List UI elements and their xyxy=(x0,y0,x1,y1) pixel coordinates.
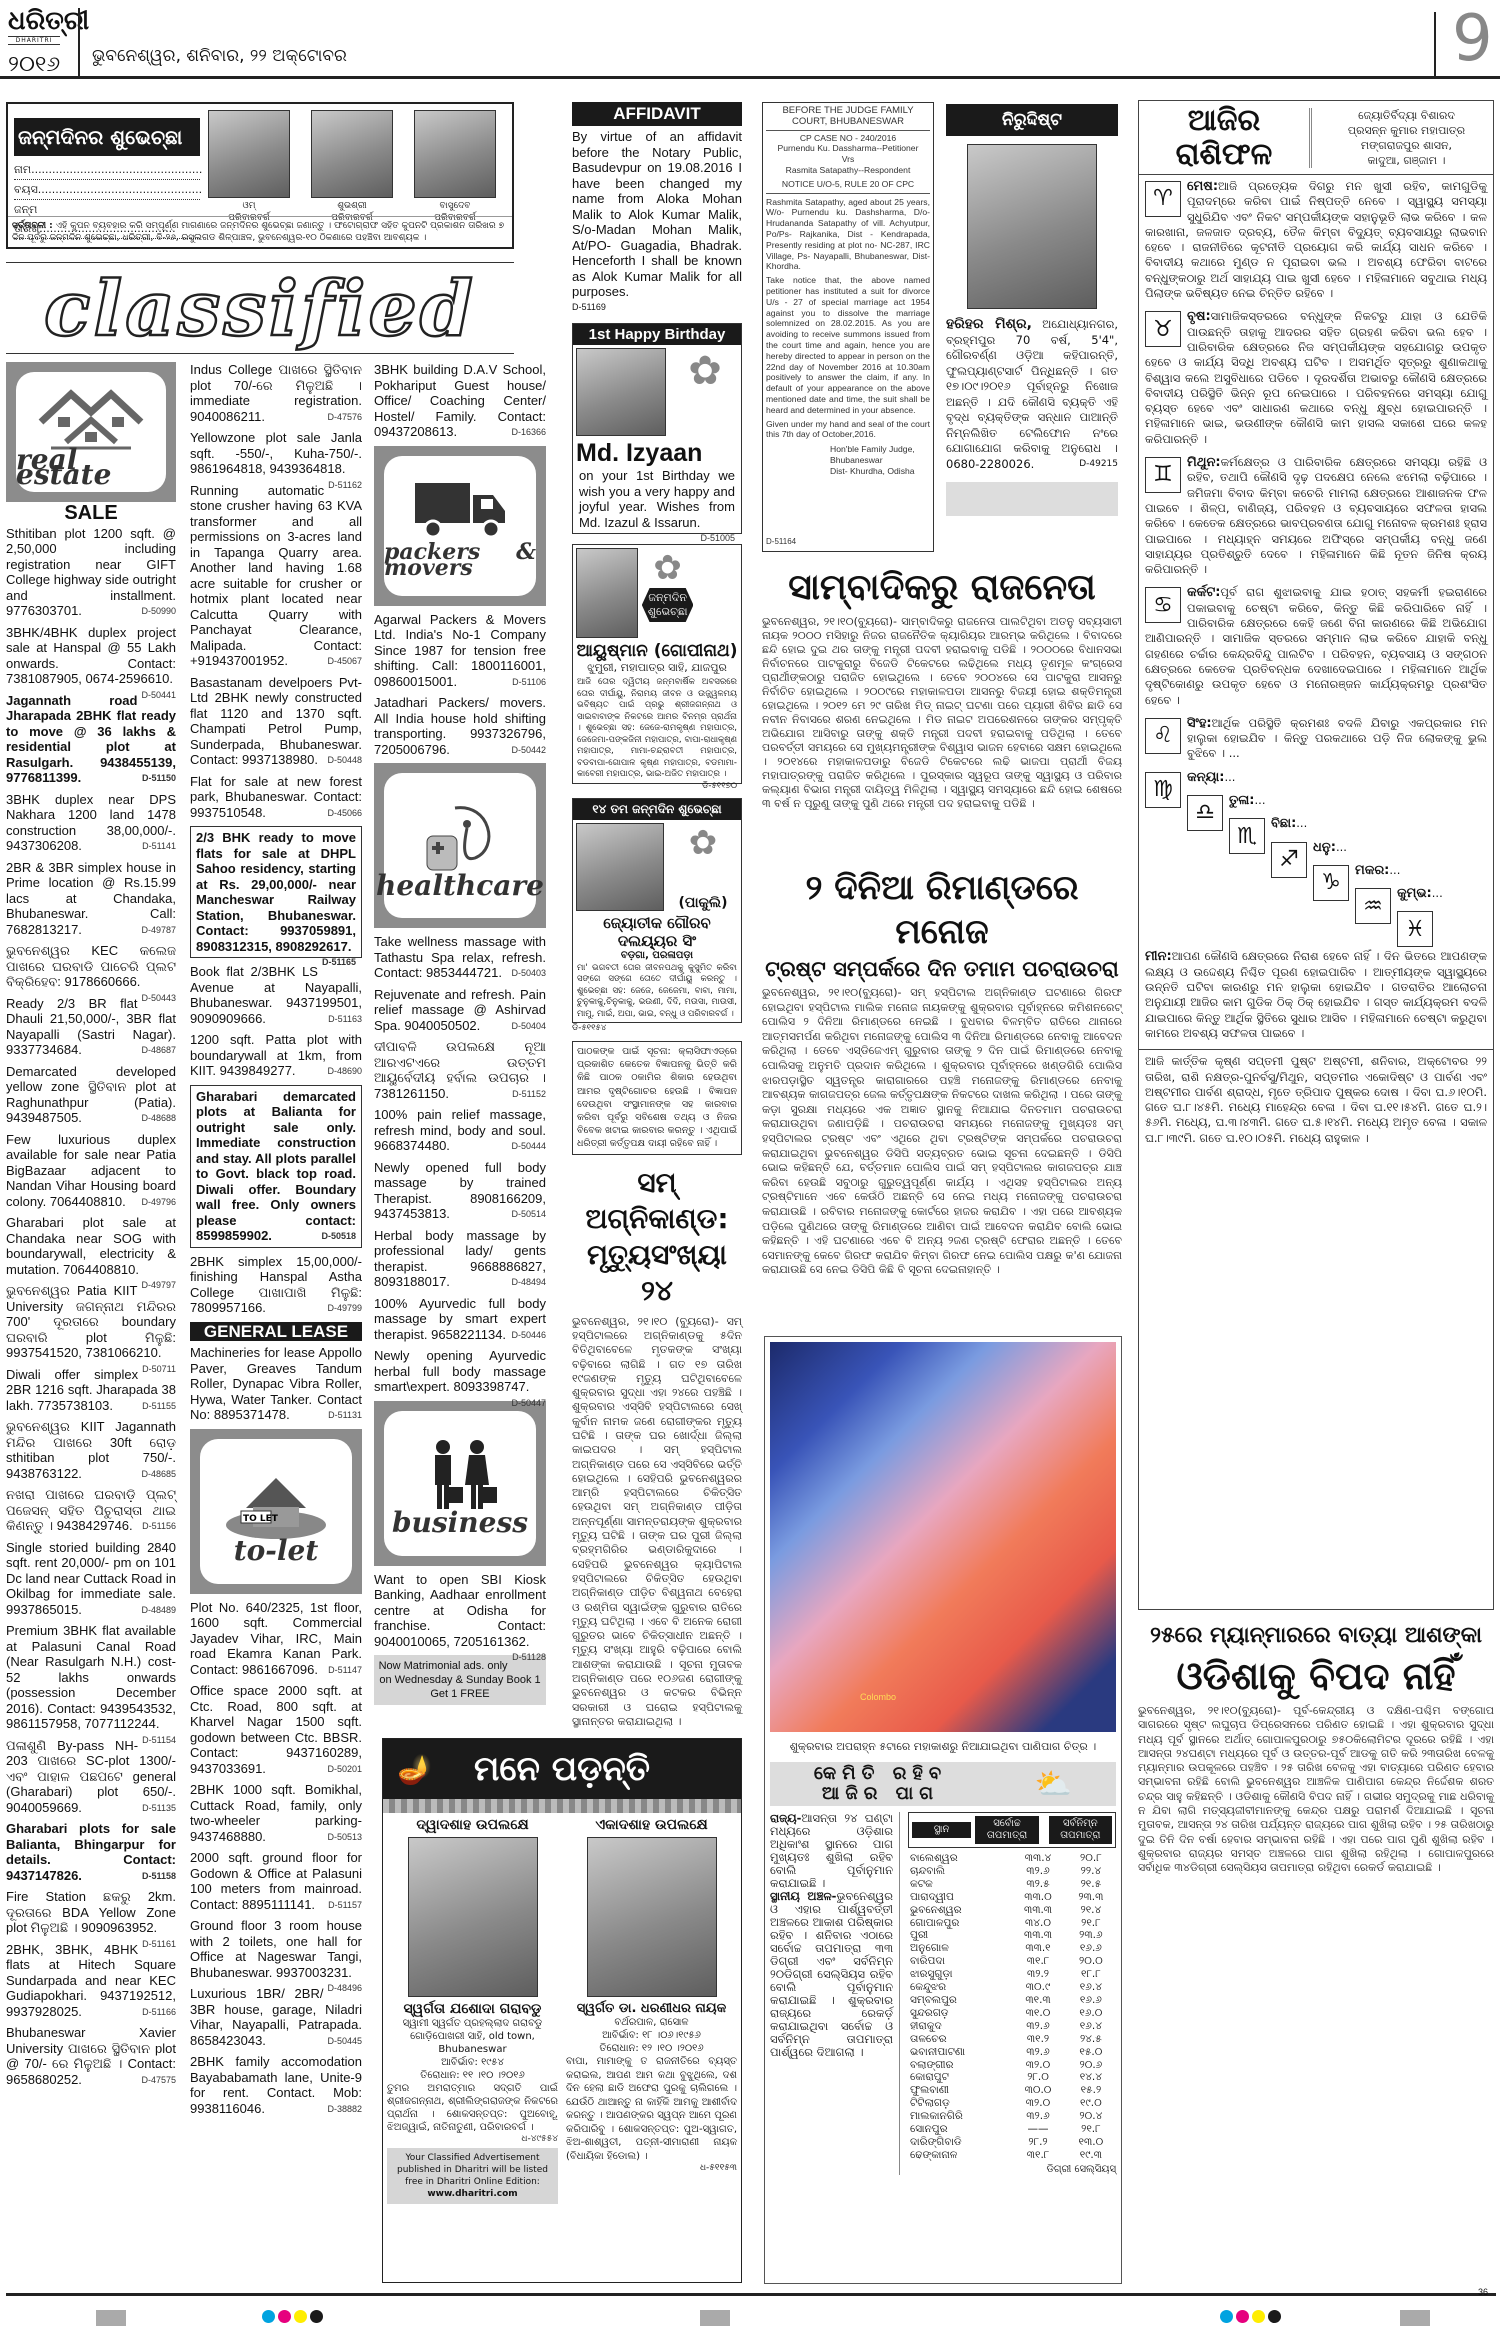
ad-code: D-50201 xyxy=(327,1761,362,1777)
business-label: business xyxy=(392,1515,528,1531)
ad-code: D-51163 xyxy=(328,1011,362,1027)
min-temp: ୨୪.୫ xyxy=(1066,2033,1116,2046)
ad-code: D-51141 xyxy=(142,838,176,854)
notice-para: Take notice that, the above named petiti… xyxy=(766,275,930,415)
ad-code: D-48494 xyxy=(511,1274,546,1290)
ad-code: D-51169 xyxy=(572,300,742,316)
ad-code: D-48690 xyxy=(327,1063,362,1079)
occasion: ଏକାଦଶାହ ଉପଲକ୍ଷେ xyxy=(566,1817,737,1833)
story-headline: ୨ ଦିନିଆ ରିମାଣ୍ଡରେ ମନୋଜ xyxy=(762,866,1122,954)
memorial-banner: 🪔 ମନେ ପଡ଼ନ୍ତି xyxy=(383,1739,741,1799)
classified-column-2: Indus College ପାଖରେ ସ୍ଥିତିବାନ plot 70/-ର… xyxy=(190,362,362,2122)
classified-ad: 2BHK 1000 sqft. Bomikhal, Cuttack Road, … xyxy=(190,1782,362,1844)
ad-text: Want to open SBI Kiosk Banking, Aadhaar … xyxy=(374,1572,546,1649)
zodiac-prediction: ... xyxy=(1336,840,1347,854)
cmyk-registration-marks xyxy=(1220,2310,1281,2323)
story-body: ଭୁବନେଶ୍ୱର, ୨୧।୧୦(ବ୍ୟୁରୋ)- ସମ୍ ହସ୍ପିଟାଲ ଅ… xyxy=(762,986,1122,1278)
max-temp: ୩୨.୦ xyxy=(1010,2059,1065,2072)
registration-dot xyxy=(278,2310,291,2323)
birthday-message: ଆଜି ତୋର ଦ୍ୱିତୀୟ ଜନ୍ମବାର୍ଷିକ ଅବସରରେ ତୋର ଦ… xyxy=(573,675,741,783)
classified-ad: Fire Station ଛକରୁ 2km. ଦୂରତାରେ BDA Yello… xyxy=(6,1889,176,1936)
ad-text: Yellowzone plot sale Janla sqft. -550/-,… xyxy=(190,430,362,476)
min-temp: ୧୩.୦ xyxy=(1066,2136,1116,2149)
memorial-message: ତୁମର ଅମରାତ୍ମାର ସଦ୍‌ଗତି ପାଇଁ ଶ୍ରୀଜଗନ୍ନାଥ,… xyxy=(387,2082,558,2134)
ad-text: Running automatic stone crusher having 6… xyxy=(190,483,362,669)
unit-note: ଡିଗ୍ରୀ ସେଲ୍‌ସିୟସ୍ xyxy=(908,2164,1116,2175)
registration-dot xyxy=(310,2310,323,2323)
min-temp: ୨୧.୪ xyxy=(1066,1904,1116,1917)
ad-code: D-51165 xyxy=(322,954,356,970)
min-temp: ୧୮.୮ xyxy=(1066,1968,1116,1981)
ad-code: D-50443 xyxy=(141,990,176,1006)
place-name: ବାଲେଶ୍ୱର xyxy=(908,1852,1010,1865)
ad-code: D-50446 xyxy=(511,1327,546,1343)
classified-ad: Ground floor 3 room house with 2 toilets… xyxy=(190,1918,362,1980)
dateline: ଭୁବନେଶ୍ୱର, ଶନିବାର, ୨୨ ଅକ୍ଟୋବର xyxy=(92,46,347,66)
child-name: ଆୟୁଷ୍ମାନ (ଗୋପୀନାଥ) xyxy=(573,641,741,661)
temperature-row: ସୁନ୍ଦରଗଡ଼୩୧.୦୧୬.୦ xyxy=(908,2007,1116,2020)
zodiac-name: ମିଥୁନ: xyxy=(1187,455,1221,470)
ad-code: D-50990 xyxy=(141,603,176,619)
missing-name: ହରିହର ମିଶ୍ର, xyxy=(946,316,1032,332)
baby-photo xyxy=(576,348,666,436)
registration-grey-mark xyxy=(96,2310,126,2326)
first-birthday-media: ✿ xyxy=(573,345,741,439)
to-let-ads-list: Plot No. 640/2325, 1st floor, 1600 sqft.… xyxy=(190,1600,362,2117)
place-name: ବଲାଙ୍ଗୀର xyxy=(908,2059,1010,2072)
temperature-row: ଢେଙ୍କାନାଳ୩୧.୮୧୯.୩ xyxy=(908,2149,1116,2162)
col-header-max: ସର୍ବୋଚ୍ଚ ତାପମାତ୍ରା xyxy=(975,1816,1038,1844)
classified-ad: Gharabari demarcated plots at Balianta f… xyxy=(190,1085,362,1248)
min-temp: ୨୩.୬ xyxy=(1066,1929,1116,1942)
zodiac-sign-icon: ♏ xyxy=(1229,818,1265,854)
classified-ad: Bhubaneswar Xavier University ପାଖରେ ସ୍ଥି… xyxy=(6,2025,176,2087)
packers-ads-list: Agarwal Packers & Movers Ltd. India's No… xyxy=(374,612,546,758)
temperature-row: ତାଳଚେର୩୧.୨୨୪.୫ xyxy=(908,2033,1116,2046)
deceased-photo xyxy=(408,1837,538,1997)
healthcare-label: healthcare xyxy=(376,878,544,894)
ad-code: D-51166 xyxy=(142,2004,176,2020)
classified-ad: Demarcated developed yellow zone ସ୍ଥିତିବ… xyxy=(6,1064,176,1126)
versus: Vrs xyxy=(766,154,930,165)
classified-ad: Book flat 2/3BHK LS Avenue at Nayapalli,… xyxy=(190,964,362,1026)
birthday-photo-3 xyxy=(414,110,496,198)
ad-code: D-51155 xyxy=(142,1398,176,1414)
zodiac-entry: ♐ଧନୁ:... xyxy=(1139,836,1493,859)
weather-summary: ରାଜ୍ୟ-ଆସନ୍ତା ୨୪ ଘଣ୍ଟା ମଧ୍ୟରେ ଓଡ଼ିଶାର ଅଧି… xyxy=(770,1812,900,2175)
memorial-left: ଦ୍ୱାଦଶାହ ଉପଲକ୍ଷେ ସ୍ୱର୍ଗତା ଯଶୋଦା ଗରାବଡୁ ସ… xyxy=(383,1813,562,2208)
sale-heading: SALE xyxy=(6,506,176,522)
court-heading: BEFORE THE JUDGE FAMILY COURT, BHUBANESW… xyxy=(766,106,930,131)
classified-ad: Office space 2000 sqft. at Ctc. Road, 80… xyxy=(190,1683,362,1776)
lease-ads-list: Machineries for lease Appollo Paver, Gre… xyxy=(190,1345,362,1423)
ad-text: Gharabari demarcated plots at Balianta f… xyxy=(196,1089,356,1244)
detail-line: ଆବିର୍ଭାବ: ୧୯୫୪ xyxy=(387,2056,558,2069)
forecast-label: ରାଜ୍ୟ- xyxy=(770,1811,801,1825)
judge-signature: Hon'ble Family Judge, Bhubaneswar Dist- … xyxy=(830,444,930,476)
registration-dot xyxy=(1252,2310,1265,2323)
ad-code: ଡି-୫୧୧୫୪ xyxy=(572,1023,742,1033)
max-temp: ୩୨.୬ xyxy=(1010,2110,1065,2123)
temperature-row: ଅନୁଗୋଳ୩୩.୧୧୬.୬ xyxy=(908,1942,1116,1955)
logo-name: ଧରିତ୍ରୀ xyxy=(8,6,76,36)
child-address: ବଡ଼ଗା, ପରଳାପଡ଼ା xyxy=(573,950,741,961)
max-temp: ୩୨.୫ xyxy=(1010,1878,1065,1891)
coupon-field-name: ନାମ.....................................… xyxy=(14,160,200,180)
max-temp: ୨୮.୦ xyxy=(1010,2071,1065,2084)
newspaper-logo: ଧରିତ୍ରୀ DHARITRI ୨୦୧୬ xyxy=(8,6,76,79)
temperature-row: କେନ୍ଦୁଝର୩୦.୯୧୬.୪ xyxy=(908,1981,1116,1994)
deceased-name: ସ୍ୱର୍ଗତ ଡା. ଧରଣୀଧର ନାୟକ xyxy=(566,2001,737,2016)
ad-code: D-49787 xyxy=(141,922,176,938)
classified-ad: Rejuvenate and refresh. Pain relief mass… xyxy=(374,987,546,1034)
stethoscope-icon xyxy=(405,798,515,878)
petitioner: Purnendu Ku. Dassharma--Petitioner xyxy=(766,143,930,154)
zodiac-prediction: ... xyxy=(1432,886,1443,900)
place-name: ଫୁଲବାଣୀ xyxy=(908,2084,1010,2097)
ad-text: 3BHK/4BHK duplex project sale at Hanspal… xyxy=(6,625,176,687)
min-temp: ୨୨.୪ xyxy=(1066,1865,1116,1878)
classified-ad: Herbal body massage by professional lady… xyxy=(374,1228,546,1290)
message-text: ଆଜି ତୋର ଦ୍ୱିତୀୟ ଜନ୍ମବାର୍ଷିକ ଅବସରରେ ତୋର ଦ… xyxy=(577,677,737,779)
ad-code: D-50445 xyxy=(327,2033,362,2049)
birthday-child-name: Md. Izyaan xyxy=(573,439,741,468)
temperature-row: ଝାରସୁଗୁଡ଼ା୩୨.୨୧୮.୮ xyxy=(908,1968,1116,1981)
ad-code: D-51150 xyxy=(142,770,176,786)
temperature-row: ସୋନପୁର——୨୧.୮ xyxy=(908,2123,1116,2136)
classified-ad: Running automatic stone crusher having 6… xyxy=(190,483,362,669)
ad-code: D-51161 xyxy=(142,1936,176,1952)
birthday-photo-1 xyxy=(208,110,290,198)
classified-ad: Newly opening Ayurvedic herbal full body… xyxy=(374,1348,546,1395)
ad-code: D-49799 xyxy=(327,1300,362,1316)
story-subheadline: ଟ୍ରଷ୍ଟ ସମ୍ପର୍କରେ ଦିନ ତମାମ ପଚରାଉଚରା xyxy=(762,954,1122,984)
zodiac-sign-icon: ♍ xyxy=(1145,772,1181,808)
temperature-row: ଗୋପାଳପୁର୩୪.୦୨୧.୮ xyxy=(908,1917,1116,1930)
min-temp: ୧୯.୦ xyxy=(1066,2097,1116,2110)
zodiac-list: ♈ମେଷ:ଆଜି ପ୍ରତ୍ୟେକ ଦିଗରୁ ମନ ଖୁସୀ ରହିବ, କା… xyxy=(1139,175,1493,1045)
ad-code: D-51164 xyxy=(766,537,796,548)
ad-code: D-50448 xyxy=(327,752,362,768)
ad-code: D-16366 xyxy=(511,424,546,440)
flower-icon: ✿ xyxy=(672,348,738,436)
zodiac-entry: ♍କନ୍ୟା:... xyxy=(1139,766,1493,789)
classified-ad: 3BHK building D.A.V School, Pokhariput G… xyxy=(374,362,546,440)
horoscope-title: ଆଜିର ରାଶିଫଳ xyxy=(1139,104,1309,172)
real-estate-tile: real estate xyxy=(6,362,176,502)
temperature-row: ପାରାଦ୍ୱୀପ୩୩.୦୨୩.୩ xyxy=(908,1891,1116,1904)
temperature-row: କୋରାପୁଟ୨୮.୦୧୪.୪ xyxy=(908,2071,1116,2084)
healthcare-ads-list: Take wellness massage with Tathastu Spa … xyxy=(374,934,546,1395)
packers-movers-tile: packers & movers xyxy=(374,446,546,606)
ad-code: D-50441 xyxy=(141,687,176,703)
max-temp: ୩୧.୮ xyxy=(1010,1955,1065,1968)
ad-code: D-51128 xyxy=(512,1649,546,1665)
place-name: ଗୋପାଳପୁର xyxy=(908,1917,1010,1930)
zodiac-entry: ♊ମିଥୁନ:କର୍ମକ୍ଷେତ୍ର ଓ ପାରିବାରିକ କ୍ଷେତ୍ରରେ… xyxy=(1139,451,1493,581)
zodiac-name: ବିଛା: xyxy=(1271,816,1296,831)
classified-ad: Plot No. 640/2325, 1st floor, 1600 sqft.… xyxy=(190,1600,362,1678)
deceased-details: ବର୍ଥରପାଳ, ରାସୋଳ ଆବିର୍ଭାବ: ୧୮ ।୦୬।୧୯୫୬ ତି… xyxy=(566,2016,737,2055)
zodiac-name: କନ୍ୟା: xyxy=(1187,770,1224,785)
reader-notice: ପାଠକଙ୍କ ପାଇଁ ସୂଚନା: କ୍ଲାସିଫାଏଡ୍‌ରେ ପ୍ରକା… xyxy=(572,1041,742,1155)
zodiac-sign-icon: ♈ xyxy=(1145,181,1181,217)
logo-sub: DHARITRI xyxy=(8,36,60,45)
to-let-tile: TO LET to-let xyxy=(190,1429,362,1594)
terms-text: ଏହି କୁପନ ବ୍ୟବହାର କରି ସମ୍ପୂର୍ଣ୍ଣ ମାଗଣାରେ … xyxy=(12,221,504,243)
max-temp: ୩୦.୦ xyxy=(1010,2084,1065,2097)
satellite-weather-image: Colombo xyxy=(770,1342,1116,1732)
min-temp: ୨୩.୩ xyxy=(1066,1891,1116,1904)
place-name: ପାରାଦ୍ୱୀପ xyxy=(908,1891,1010,1904)
sun-cloud-icon: ⛅ xyxy=(1035,1767,1072,1802)
zodiac-entry: ♋କର୍କଟ:ପୂର୍ବ ରାଗ ଶୁଝାଇବାକୁ ଯାଇ ହଠାତ୍ ସହକ… xyxy=(1139,581,1493,711)
detail-line: ବର୍ଥରପାଳ, ରାସୋଳ xyxy=(566,2016,737,2029)
place-name: ଭୁବନେଶ୍ୱର xyxy=(908,1904,1010,1917)
page-code: 36 xyxy=(1478,2287,1488,2297)
cmyk-registration-marks xyxy=(262,2310,323,2323)
zodiac-prediction: ସାମାଜିକସ୍ତରରେ ବନ୍ଧୁଙ୍କ ନିକଟରୁ ଯାହା ଓ ଯେତ… xyxy=(1145,309,1487,445)
place-name: ପୁରୀ xyxy=(908,1929,1010,1942)
place-name: ଦାରିଙ୍ଗିବାଡି xyxy=(908,2136,1010,2149)
classified-ad: 2000 sqft. ground floor for Godown & Off… xyxy=(190,1850,362,1912)
ad-code: D-51152 xyxy=(512,1086,546,1102)
temperature-row: ବାଲେଶ୍ୱର୩୩.୪୨୦.୮ xyxy=(908,1852,1116,1865)
memorial-columns: ଦ୍ୱାଦଶାହ ଉପଲକ୍ଷେ ସ୍ୱର୍ଗତା ଯଶୋଦା ଗରାବଡୁ ସ… xyxy=(383,1813,741,2208)
author-line: ପ୍ରସନ୍ନ କୁମାର ମହାପାତ୍ର xyxy=(1320,123,1493,138)
classified-ad: Premium 3BHK flat available at Palasuni … xyxy=(6,1623,176,1732)
birthday-ayushman-ad: ✿ ଜନ୍ମଦିନ ଶୁଭେଚ୍ଛା ଆୟୁଷ୍ମାନ (ଗୋପୀନାଥ) ଝୁ… xyxy=(572,544,742,784)
temperature-row: କଟକ୩୨.୫୨୧.୫ xyxy=(908,1878,1116,1891)
classified-ad: ପଳାଶୁଣି By-pass NH-203 ପାଖରେ SC-plot 130… xyxy=(6,1738,176,1816)
classified-ad: ଦୀପାବଳି ଉପଲକ୍ଷେ ନୂଆ ଆରଏଟଏରେ ଉତ୍ତମ ଆୟୁର୍ବ… xyxy=(374,1039,546,1101)
packers-label: packers & movers xyxy=(384,545,536,576)
memorial-title: ମନେ ପଡ଼ନ୍ତି xyxy=(474,1749,650,1789)
ad-code: D-48496 xyxy=(327,1980,362,1996)
ad-code: D-51162 xyxy=(328,477,362,493)
registration-dot xyxy=(1268,2310,1281,2323)
author-line: ଜ୍ୟୋତିର୍ବିଦ୍ୟା ବିଶାରଦ xyxy=(1320,108,1493,123)
missing-details: ଅଯୋଧ୍ୟାନଗର, ବ୍ରହ୍ମପୁର 70 ବର୍ଷ, 5'4", ଗୌର… xyxy=(946,317,1118,471)
ad-code: D-50711 xyxy=(142,1361,176,1377)
horoscope-box: ଆଜିର ରାଶିଫଳ ଜ୍ୟୋତିର୍ବିଦ୍ୟା ବିଶାରଦ ପ୍ରସନ୍… xyxy=(1138,100,1494,1610)
min-temp: ୨୦.୮ xyxy=(1066,1852,1116,1865)
registration-grey-mark xyxy=(700,2310,730,2326)
houses-icon xyxy=(36,382,146,452)
diya-lamp-icon: 🪔 xyxy=(397,1753,432,1786)
max-temp: ୩୨.୬ xyxy=(1010,1865,1065,1878)
registration-dot xyxy=(1236,2310,1249,2323)
classified-ad: Few luxurious duplex available for sale … xyxy=(6,1132,176,1210)
dharitri-url: www.dharitri.com xyxy=(427,2189,517,2199)
respondent: Rasmita Satapathy--Respondent xyxy=(766,165,930,176)
max-temp: ୩୧.୨ xyxy=(1010,2033,1065,2046)
notice-para: Rashmita Satapathy, aged about 25 years,… xyxy=(766,197,930,273)
ad-code: D-49797 xyxy=(141,1277,176,1293)
ad-code: D-49796 xyxy=(141,1194,176,1210)
zodiac-name: ଧନୁ: xyxy=(1313,840,1336,855)
temperature-row: ଚାନ୍ଦବାଲି୩୨.୬୨୨.୪ xyxy=(908,1865,1116,1878)
child-address: ଝୁମୁରୀ, ମହାପାତ୍ର ସାହି, ଯାଜପୁର xyxy=(573,661,741,675)
child-nickname: (ପାକୁଲି) xyxy=(679,895,728,911)
zodiac-sign-icon: ♒ xyxy=(1355,888,1391,924)
ad-text: Ground floor 3 room house with 2 toilets… xyxy=(190,1918,362,1980)
zodiac-name: ମକର: xyxy=(1355,863,1389,878)
sale-ads-list-2: Indus College ପାଖରେ ସ୍ଥିତିବାନ plot 70/-ର… xyxy=(190,362,362,1316)
classified-ad: ନଖରା ପାଖରେ ଘରବାଡ଼ି ପ୍ଲଟ୍ ପଜେସନ୍ ସହିତ ପିଚ… xyxy=(6,1487,176,1534)
max-temp: ୩୪.୦ xyxy=(1010,1917,1065,1930)
zodiac-name: ବୃଷ: xyxy=(1187,309,1211,324)
case-number: CP CASE NO - 240/2016 xyxy=(766,133,930,144)
real-estate-label: real estate xyxy=(16,452,166,483)
title-line: ରାଶିଫଳ xyxy=(1139,138,1309,172)
coupon-field-age: ବୟସ.....................................… xyxy=(14,180,200,200)
notice-para: Given under my hand and seal of the cour… xyxy=(766,419,930,441)
weather-section: Colombo ଶୁକ୍ରବାର ଅପରାହ୍ନ ୫ଟାରେ ମହାକାଶରୁ … xyxy=(764,1336,1122,2284)
classified-ad: 2BR & 3BR simplex house in Prime locatio… xyxy=(6,860,176,938)
local-forecast: ସ୍ଥାନୀୟ ଅଞ୍ଚଳ-ଭୁବନେଶ୍ୱର ଓ ଏହାର ପାର୍ଶ୍ୱବର… xyxy=(770,1890,893,2059)
memorial-ad: 🪔 ମନେ ପଡ଼ନ୍ତି ଦ୍ୱାଦଶାହ ଉପଲକ୍ଷେ ସ୍ୱର୍ଗତା … xyxy=(382,1738,742,2283)
house-to-let-icon: TO LET xyxy=(221,1463,331,1543)
classified-ad: 100% pain relief massage, refresh mind, … xyxy=(374,1107,546,1154)
temperature-row: ମାଲକାନଗିରି୩୨.୬୨୦.୪ xyxy=(908,2110,1116,2123)
max-temp: ୩୨.୨ xyxy=(1010,1968,1065,1981)
classified-ad: Want to open SBI Kiosk Banking, Aadhaar … xyxy=(374,1572,546,1650)
flower-border xyxy=(383,1799,741,1813)
max-temp: ୩୧.୮ xyxy=(1010,2149,1065,2162)
ad-code: D-50444 xyxy=(511,1138,546,1154)
missing-person-notice: ନିରୁଦ୍ଦିଷ୍ଟ ହରିହର ମିଶ୍ର, ଅଯୋଧ୍ୟାନଗର, ବ୍ର… xyxy=(946,104,1118,516)
classified-ad: 2BHK, 3BHK, 4BHK flats at Hitech Square … xyxy=(6,1942,176,2020)
satellite-caption: ଶୁକ୍ରବାର ଅପରାହ୍ନ ୫ଟାରେ ମହାକାଶରୁ ନିଆଯାଇଥି… xyxy=(770,1740,1116,1754)
jyotika-media: ✿ (ପାକୁଲି) xyxy=(573,820,741,914)
ad-code: D-49215 xyxy=(1079,457,1118,473)
masthead-rule xyxy=(0,76,1500,79)
place-name: କୋରାପୁଟ xyxy=(908,2071,1010,2084)
zodiac-entry: ♓ମୀନ:ଆପଣ କୌଣସି କ୍ଷେତ୍ରରେ ନିରାଶ ହେବେ ନାହି… xyxy=(1139,905,1493,1045)
zodiac-entry: ♉ବୃଷ:ସାମାଜିକସ୍ତରରେ ବନ୍ଧୁଙ୍କ ନିକଟରୁ ଯାହା … xyxy=(1139,305,1493,451)
jyotika-side: ✿ (ପାକୁଲି) xyxy=(668,823,738,911)
edition-year: ୨୦୧୬ xyxy=(8,51,76,79)
zodiac-entry: ♌ସିଂହ:ଆର୍ଥିକ ପରିସ୍ଥିତି କ୍ରମଶଃ ବଦଳି ଯିବାର… xyxy=(1139,712,1493,766)
classified-ad: Agarwal Packers & Movers Ltd. India's No… xyxy=(374,612,546,690)
author-line: ମଙ୍ଗରାଜପୁର ଶାସନ, xyxy=(1320,138,1493,153)
min-temp: ୧୬.୬ xyxy=(1066,1994,1116,2007)
zodiac-name: ତୁଳା: xyxy=(1229,793,1255,808)
ayushman-badge-area: ✿ ଜନ୍ମଦିନ ଶୁଭେଚ୍ଛା xyxy=(642,548,694,638)
state-forecast: ରାଜ୍ୟ-ଆସନ୍ତା ୨୪ ଘଣ୍ଟା ମଧ୍ୟରେ ଓଡ଼ିଶାର ଅଧି… xyxy=(770,1812,893,1890)
min-temp: ୨୧.୫ xyxy=(1066,1878,1116,1891)
classified-ad: 2BHK simplex 15,00,000/- finishing Hansp… xyxy=(190,1254,362,1316)
business-people-icon xyxy=(405,1435,515,1515)
online-edition-note: Your Classified Advertisement published … xyxy=(387,2148,558,2204)
temperature-row: ଭୁବନେଶ୍ୱର୩୩.୩୨୧.୪ xyxy=(908,1904,1116,1917)
birthday-jyotika-ad: ୧୪ ତମ ଜନ୍ମଦିନ ଶୁଭେଚ୍ଛା ✿ (ପାକୁଲି) ଜ୍ୟୋତୀ… xyxy=(572,798,742,1024)
place-name: କେନ୍ଦୁଝର xyxy=(908,1981,1010,1994)
registration-dot xyxy=(294,2310,307,2323)
ad-code: D-51158 xyxy=(142,1868,176,1884)
zodiac-sign-icon: ♉ xyxy=(1145,311,1181,347)
max-temp: ୨୮.୨ xyxy=(1010,2136,1065,2149)
map-city-label: Colombo xyxy=(860,1692,896,1702)
signature-line: Hon'ble Family Judge, xyxy=(830,444,930,455)
signature-line: Bhubaneswar xyxy=(830,455,930,466)
ad-text: Fire Station ଛକରୁ 2km. ଦୂରତାରେ BDA Yello… xyxy=(6,1889,176,1935)
ad-code: D-50514 xyxy=(511,1206,546,1222)
message-text: on your 1st Birthday we wish you a very … xyxy=(579,468,735,530)
missing-heading: ନିରୁଦ୍ଦିଷ୍ଟ xyxy=(946,104,1118,136)
ad-code: D-51157 xyxy=(328,1897,362,1913)
place-name: ବାରିପଦା xyxy=(908,1955,1010,1968)
remand-story: ୨ ଦିନିଆ ରିମାଣ୍ଡରେ ମନୋଜ ଟ୍ରଷ୍ଟ ସମ୍ପର୍କରେ … xyxy=(762,866,1122,1278)
ad-code: D-47576 xyxy=(327,409,362,425)
ad-text: ଭୁବନେଶ୍ୱର KEC କଲେଜ ପାଖରେ ଘରବାଡି ପାଚେରି ପ… xyxy=(6,943,176,989)
court-notice: BEFORE THE JUDGE FAMILY COURT, BHUBANESW… xyxy=(762,102,934,552)
max-temp: ୩୦.୯ xyxy=(1010,1981,1065,1994)
max-temp: ୩୧.୩ xyxy=(1010,1994,1065,2007)
min-temp: ୨୦.୪ xyxy=(1066,2110,1116,2123)
business-ads-list: Want to open SBI Kiosk Banking, Aadhaar … xyxy=(374,1572,546,1650)
temperature-table: ସ୍ଥାନ ସର୍ବୋଚ୍ଚ ତାପମାତ୍ରା ସର୍ବନିମ୍ନ ତାପମା… xyxy=(900,1812,1116,2175)
max-temp: ୩୩.୪ xyxy=(1010,1852,1065,1865)
deceased-name: ସ୍ୱର୍ଗତା ଯଶୋଦା ଗରାବଡୁ xyxy=(387,2001,558,2017)
detail-line: ସ୍ୱାମୀ ସ୍ୱର୍ଗତ ପ୍ରହଲ୍ଲାଦ ଗରାବଡୁ xyxy=(387,2017,558,2030)
story-headline: ସାମ୍ବାଦିକରୁ ରାଜନେତା xyxy=(762,565,1122,611)
zodiac-prediction: ଆଜି ପ୍ରତ୍ୟେକ ଦିଗରୁ ମନ ଖୁସୀ ରହିବ, କାମଗୁଡି… xyxy=(1145,179,1487,300)
classified-ad: ଭୁବନେଶ୍ୱର KEC କଲେଜ ପାଖରେ ଘରବାଡି ପାଚେରି ପ… xyxy=(6,943,176,990)
title-line: ଆଜିର xyxy=(1139,104,1309,138)
birthday-message: ମା' ଭଗବତୀ ତୋର ଜୀବନପଥକୁ କୁସୁମିତ କରିବା ସଙ୍… xyxy=(573,961,741,1023)
birthday-14th-heading: ୧୪ ତମ ଜନ୍ମଦିନ ଶୁଭେଚ୍ଛା xyxy=(573,799,741,820)
classified-ad: Jagannath road Jharapada 2BHK flat ready… xyxy=(6,693,176,786)
business-tile: business xyxy=(374,1401,546,1566)
ad-code: D-50447 xyxy=(511,1395,546,1411)
registration-dot xyxy=(262,2310,275,2323)
ayushman-media: ✿ ଜନ୍ମଦିନ ଶୁଭେଚ୍ଛା xyxy=(573,545,696,641)
zodiac-sign-icon: ♊ xyxy=(1145,457,1181,493)
col-header-place: ସ୍ଥାନ xyxy=(912,1822,971,1838)
zodiac-prediction: କର୍ମକ୍ଷେତ୍ର ଓ ପାରିବାରିକ କ୍ଷେତ୍ରରେ ସମସ୍ୟା… xyxy=(1145,455,1487,576)
place-name: ସୁନ୍ଦରଗଡ଼ xyxy=(908,2007,1010,2020)
ad-code: D-48687 xyxy=(141,1042,176,1058)
ad-code: D-48685 xyxy=(141,1466,176,1482)
zodiac-prediction: ... xyxy=(1224,770,1235,784)
zodiac-sign-icon: ♋ xyxy=(1145,587,1181,623)
page-number: 9 xyxy=(1452,2,1493,76)
footer-rule xyxy=(6,2293,1496,2296)
ad-code: D-48489 xyxy=(141,1602,176,1618)
zodiac-entry: ♎ତୁଳା:... xyxy=(1139,789,1493,812)
max-temp: —— xyxy=(1010,2123,1065,2136)
weather-heading: କେମିତି ରହିବ ଆଜିର ପାଗ ⛅ xyxy=(770,1762,1116,1806)
signature-line: Dist- Khurdha, Odisha xyxy=(830,466,930,477)
flower-icon: ✿ xyxy=(653,548,682,588)
ad-code: D-51154 xyxy=(142,1732,176,1748)
min-temp: ୧୫.୨ xyxy=(1066,2084,1116,2097)
detail-line: ଗୋଡ଼ିପୋଖରୀ ସାହି, old town, xyxy=(387,2030,558,2043)
zodiac-sign-icon: ♐ xyxy=(1271,842,1307,878)
birthday-coupon: ଜନ୍ମଦିନର ଶୁଭେଚ୍ଛା ନାମ...................… xyxy=(6,102,514,249)
col-header-min: ସର୍ବନିମ୍ନ ତାପମାତ୍ରା xyxy=(1049,1816,1112,1844)
fire-story-headline: ସମ୍ ଅଗ୍ନିକାଣ୍ଡ: ମୃତ୍ୟୁସଂଖ୍ୟା ୨୪ xyxy=(572,1165,742,1309)
place-name: ଟିଟିଲାଗଡ଼ xyxy=(908,2097,1010,2110)
ad-code: D-51156 xyxy=(142,1518,176,1534)
max-temp: ୩୨.୦ xyxy=(1010,2097,1065,2110)
max-temp: ୩୩.୩ xyxy=(1010,1904,1065,1917)
place-name: ଢେଙ୍କାନାଳ xyxy=(908,2149,1010,2162)
max-temp: ୩୩.୧ xyxy=(1010,1942,1065,1955)
to-let-label: to-let xyxy=(234,1543,319,1559)
